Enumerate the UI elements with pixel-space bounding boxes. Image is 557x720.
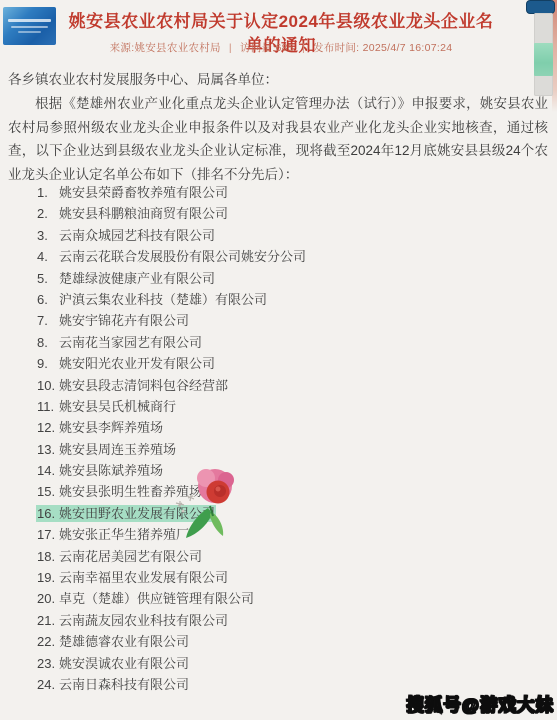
list-item-number: 22. [37, 631, 59, 652]
list-item-number: 24. [37, 674, 59, 695]
list-item: 16. 姚安田野农业发展有限公司 [0, 503, 557, 524]
list-item-number: 16. [37, 503, 59, 524]
list-item-name: 楚雄绿波健康产业有限公司 [59, 271, 215, 286]
list-item-name: 云南云花联合发展股份有限公司姚安分公司 [59, 249, 306, 264]
list-item-content: 24. 云南日森科技有限公司 [37, 677, 189, 692]
source-value: 姚安县农业农村局 [134, 42, 220, 54]
list-item-content: 14. 姚安县陈斌养殖场 [37, 463, 163, 478]
list-item-name: 云南众城园艺科技有限公司 [59, 228, 215, 243]
list-item: 8. 云南花当家园艺有限公司 [0, 332, 557, 353]
list-item: 22. 楚雄德睿农业有限公司 [0, 631, 557, 652]
list-item-name: 云南幸福里农业发展有限公司 [59, 570, 228, 585]
list-item-content: 8. 云南花当家园艺有限公司 [37, 335, 202, 350]
list-item: 15. 姚安县张明生牲畜养殖场 [0, 481, 557, 502]
views-value: 685 [276, 42, 294, 54]
list-item: 5. 楚雄绿波健康产业有限公司 [0, 268, 557, 289]
list-item-number: 8. [37, 332, 59, 353]
scrollbar-thumb[interactable] [534, 43, 553, 76]
list-item: 14. 姚安县陈斌养殖场 [0, 460, 557, 481]
list-item-number: 17. [37, 524, 59, 545]
list-item-content: 23. 姚安淏诚农业有限公司 [37, 656, 189, 671]
list-item-content: 2. 姚安县科鹏粮油商贸有限公司 [37, 206, 228, 221]
thumbnail-text-line [8, 19, 50, 22]
list-item-name: 姚安县陈斌养殖场 [59, 463, 163, 478]
list-item: 19. 云南幸福里农业发展有限公司 [0, 567, 557, 588]
list-item-name: 姚安阳光农业开发有限公司 [59, 356, 215, 371]
list-item-name: 姚安淏诚农业有限公司 [59, 656, 189, 671]
list-item: 17. 姚安张正华生猪养殖厂 [0, 524, 557, 545]
list-item-number: 14. [37, 460, 59, 481]
list-item-content: 9. 姚安阳光农业开发有限公司 [37, 356, 215, 371]
list-item-name: 姚安宇锦花卉有限公司 [59, 313, 189, 328]
list-item-name: 云南花居美园艺有限公司 [59, 549, 202, 564]
list-item-number: 2. [37, 203, 59, 224]
list-item-name: 姚安县张明生牲畜养殖场 [59, 484, 202, 499]
list-item-number: 6. [37, 289, 59, 310]
list-item: 9. 姚安阳光农业开发有限公司 [0, 353, 557, 374]
list-item-content: 12. 姚安县李辉养殖场 [37, 420, 163, 435]
salutation: 各乡镇农业农村发展服务中心、局属各单位： [8, 68, 545, 88]
list-item-name: 沪滇云集农业科技（楚雄）有限公司 [59, 292, 267, 307]
list-item-content: 10. 姚安县段志清饲料包谷经营部 [37, 378, 228, 393]
enterprise-list: 1. 姚安县荣爵畜牧养殖有限公司 2. 姚安县科鹏粮油商贸有限公司 3. 云南众… [0, 182, 557, 695]
list-item-number: 23. [37, 653, 59, 674]
list-item-number: 1. [37, 182, 59, 203]
list-item-name: 姚安县周连玉养殖场 [59, 442, 176, 457]
publish-time: 2025/4/7 16:07:24 [363, 42, 453, 54]
list-item-content: 4. 云南云花联合发展股份有限公司姚安分公司 [37, 249, 306, 264]
article-thumbnail-image [3, 7, 56, 45]
list-item-number: 18. [37, 546, 59, 567]
list-item: 3. 云南众城园艺科技有限公司 [0, 225, 557, 246]
list-item-content: 20. 卓克（楚雄）供应链管理有限公司 [37, 591, 254, 606]
list-item-name: 姚安县荣爵畜牧养殖有限公司 [59, 185, 228, 200]
notice-page: 姚安县农业农村局关于认定2024年县级农业龙头企业名单的通知 来源:姚安县农业农… [0, 0, 557, 720]
list-item-content: 17. 姚安张正华生猪养殖厂 [37, 527, 189, 542]
list-item: 1. 姚安县荣爵畜牧养殖有限公司 [0, 182, 557, 203]
publish-label: 发布时间: [313, 42, 359, 54]
list-item-number: 11. [37, 396, 59, 417]
list-item-number: 12. [37, 417, 59, 438]
list-item: 10. 姚安县段志清饲料包谷经营部 [0, 375, 557, 396]
list-item-content: 15. 姚安县张明生牲畜养殖场 [37, 484, 202, 499]
list-item-number: 9. [37, 353, 59, 374]
meta-separator: | [229, 42, 232, 54]
list-item-content: 21. 云南蔬友园农业科技有限公司 [37, 613, 228, 628]
meta-separator: | [302, 42, 305, 54]
list-item-number: 15. [37, 481, 59, 502]
list-item-name: 卓克（楚雄）供应链管理有限公司 [59, 591, 254, 606]
list-item-name: 楚雄德睿农业有限公司 [59, 634, 189, 649]
list-item: 21. 云南蔬友园农业科技有限公司 [0, 610, 557, 631]
watermark: 搜狐号@游戏大妹 [406, 692, 554, 717]
scrollbar-track[interactable] [534, 13, 553, 96]
list-item: 7. 姚安宇锦花卉有限公司 [0, 310, 557, 331]
notice-paragraph: 根据《楚雄州农业产业化重点龙头企业认定管理办法（试行）》申报要求，姚安县农业农村… [8, 92, 548, 186]
list-item: 13. 姚安县周连玉养殖场 [0, 439, 557, 460]
list-item-name: 姚安县李辉养殖场 [59, 420, 163, 435]
list-item-content: 1. 姚安县荣爵畜牧养殖有限公司 [37, 185, 228, 200]
list-item-name: 姚安田野农业发展有限公司 [59, 506, 215, 521]
list-item: 20. 卓克（楚雄）供应链管理有限公司 [0, 588, 557, 609]
views-label: 访问量: [240, 42, 276, 54]
list-item-content: 18. 云南花居美园艺有限公司 [37, 549, 202, 564]
list-item: 11. 姚安县吴氏机械商行 [0, 396, 557, 417]
list-item-name: 姚安张正华生猪养殖厂 [59, 527, 189, 542]
list-item-content: 11. 姚安县吴氏机械商行 [37, 399, 176, 414]
list-item-number: 3. [37, 225, 59, 246]
list-item-number: 19. [37, 567, 59, 588]
list-item-name: 姚安县吴氏机械商行 [59, 399, 176, 414]
list-item: 18. 云南花居美园艺有限公司 [0, 546, 557, 567]
list-item-content: 22. 楚雄德睿农业有限公司 [37, 634, 189, 649]
list-item-number: 10. [37, 375, 59, 396]
list-item-number: 5. [37, 268, 59, 289]
list-item-number: 13. [37, 439, 59, 460]
list-item-content: 19. 云南幸福里农业发展有限公司 [37, 570, 228, 585]
list-item-content: 7. 姚安宇锦花卉有限公司 [37, 313, 189, 328]
list-item-name: 姚安县科鹏粮油商贸有限公司 [59, 206, 228, 221]
list-item-name: 云南蔬友园农业科技有限公司 [59, 613, 228, 628]
list-item-content: 3. 云南众城园艺科技有限公司 [37, 228, 215, 243]
thumbnail-text-line [11, 26, 47, 28]
list-item: 6. 沪滇云集农业科技（楚雄）有限公司 [0, 289, 557, 310]
source-label: 来源: [110, 42, 135, 54]
list-item-number: 7. [37, 310, 59, 331]
list-item-content: 6. 沪滇云集农业科技（楚雄）有限公司 [37, 292, 267, 307]
list-item-content: 13. 姚安县周连玉养殖场 [37, 442, 176, 457]
list-item-name: 姚安县段志清饲料包谷经营部 [59, 378, 228, 393]
list-item-name: 云南花当家园艺有限公司 [59, 335, 202, 350]
list-item-number: 20. [37, 588, 59, 609]
article-meta: 来源:姚安县农业农村局|访问量:685|发布时间: 2025/4/7 16:07… [60, 40, 502, 55]
list-item-number: 21. [37, 610, 59, 631]
list-item: 12. 姚安县李辉养殖场 [0, 417, 557, 438]
list-item: 2. 姚安县科鹏粮油商贸有限公司 [0, 203, 557, 224]
list-item-content: 16. 姚安田野农业发展有限公司 [37, 506, 215, 521]
list-item-content: 5. 楚雄绿波健康产业有限公司 [37, 271, 215, 286]
list-item: 23. 姚安淏诚农业有限公司 [0, 653, 557, 674]
list-item: 4. 云南云花联合发展股份有限公司姚安分公司 [0, 246, 557, 267]
thumbnail-text-line [18, 31, 41, 33]
scroll-top-button[interactable] [526, 0, 555, 14]
list-item-name: 云南日森科技有限公司 [59, 677, 189, 692]
list-item-number: 4. [37, 246, 59, 267]
